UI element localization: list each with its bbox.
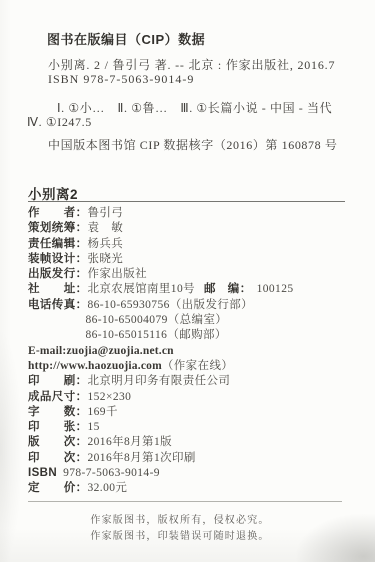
copyright-notice: 作家版图书，版权所有，侵权必究。 [0, 511, 360, 526]
info-row-edition: 版 次：2016年8月第1版 [28, 435, 358, 450]
info-row-publisher: 出版发行：作家出版社 [28, 267, 358, 282]
row-value: 100125 [257, 283, 294, 295]
row-value: 86-10-65930756（出版发行部） [88, 299, 254, 311]
info-row-planner: 策划统筹：袁 敏 [28, 221, 358, 236]
row-value: 2016年8月第1版 [88, 436, 173, 448]
book-title: 小别离2 [28, 183, 78, 203]
row-label: 印 次： [28, 452, 88, 464]
exchange-notice: 作家版图书，印装错误可随时退换。 [0, 527, 360, 542]
info-row-phone-1: 电话传真：86-10-65930756（出版发行部） [28, 298, 358, 313]
cip-isbn-line: ISBN 978-7-5063-9014-9 [48, 72, 194, 87]
row-value: 152×230 [88, 391, 132, 403]
cip-classification-line1: Ⅰ. ①小… Ⅱ. ①鲁… Ⅲ. ①长篇小说 - 中国 - 当代 [57, 99, 332, 116]
info-row-phone-2: 86-10-65004079（总编室） [28, 313, 358, 328]
row-label: 作 者： [28, 207, 88, 219]
row-value: 作家出版社 [88, 268, 148, 280]
info-row-isbn: ISBN978-7-5063-9014-9 [28, 466, 358, 481]
row-label: 出版发行： [28, 268, 88, 280]
info-row-website: http://www.haozuojia.com（作家在线） [28, 359, 358, 374]
info-row-author: 作 者：鲁引弓 [28, 206, 358, 221]
row-value: 北京明月印务有限责任公司 [88, 375, 231, 387]
info-row-designer: 装帧设计：张晓光 [28, 252, 358, 267]
row-value: 张晓光 [88, 253, 124, 265]
row-label: 邮 编： [204, 283, 252, 295]
row-label: 责任编辑： [28, 238, 88, 250]
info-row-editor: 责任编辑：杨兵兵 [28, 237, 358, 252]
row-value: 86-10-65004079（总编室） [86, 314, 228, 326]
row-value: 北京农展馆南里10号 [88, 283, 196, 295]
info-row-printing: 印 次：2016年8月第1次印刷 [28, 451, 358, 466]
row-label: 策划统筹： [28, 222, 88, 234]
info-row-price: 定 价：32.00元 [28, 481, 358, 496]
row-label: 印 张： [28, 421, 88, 433]
row-label: 印 刷： [28, 375, 88, 387]
row-value: 169千 [88, 406, 118, 418]
row-value: 86-10-65015116（邮购部） [86, 329, 227, 341]
row-value: 鲁引弓 [88, 207, 124, 219]
email-text: E-mail:zuojia@zuojia.net.cn [28, 345, 174, 357]
info-row-size: 成品尺寸：152×230 [28, 390, 358, 405]
row-value: 15 [88, 421, 100, 433]
cip-classification-line2: Ⅳ. ①I247.5 [27, 115, 92, 130]
cip-registry-line: 中国版本图书馆 CIP 数据核字（2016）第 160878 号 [48, 136, 337, 153]
info-row-wordcount: 字 数：169千 [28, 405, 358, 420]
row-value: 袁 敏 [88, 222, 124, 234]
row-value: 杨兵兵 [88, 238, 124, 250]
row-label: 成品尺寸： [28, 391, 88, 403]
info-row-printer: 印 刷：北京明月印务有限责任公司 [28, 374, 358, 389]
row-value: 978-7-5063-9014-9 [63, 467, 160, 479]
info-row-address: 社 址：北京农展馆南里10号 邮 编：100125 [28, 282, 358, 297]
publication-info: 作 者：鲁引弓 策划统筹：袁 敏 责任编辑：杨兵兵 装帧设计：张晓光 出版发行：… [28, 206, 358, 497]
row-label: 电话传真： [28, 299, 88, 311]
website-note: （作家在线） [162, 360, 233, 372]
info-row-phone-3: 86-10-65015116（邮购部） [28, 328, 358, 343]
row-label: 字 数： [28, 406, 88, 418]
info-row-sheets: 印 张：15 [28, 420, 358, 435]
row-value: 2016年8月第1次印刷 [88, 452, 196, 464]
row-label: 装帧设计： [28, 253, 88, 265]
row-value: 32.00元 [88, 482, 128, 494]
cip-title-line: 小别离. 2 / 鲁引弓 著. -- 北京 : 作家出版社, 2016.7 [48, 56, 335, 73]
book-copyright-page: 图书在版编目（CIP）数据 小别离. 2 / 鲁引弓 著. -- 北京 : 作家… [0, 0, 375, 562]
cip-heading: 图书在版编目（CIP）数据 [47, 29, 205, 48]
footer-divider [28, 501, 342, 502]
info-row-email: E-mail:zuojia@zuojia.net.cn [28, 344, 358, 359]
postal-code: 邮 编：100125 [204, 282, 294, 297]
row-label: 版 次： [28, 436, 88, 448]
website-url: http://www.haozuojia.com [28, 360, 162, 372]
row-label: 社 址： [28, 283, 88, 295]
row-label: ISBN [28, 467, 57, 479]
row-label: 定 价： [28, 482, 88, 494]
title-divider [28, 201, 345, 202]
